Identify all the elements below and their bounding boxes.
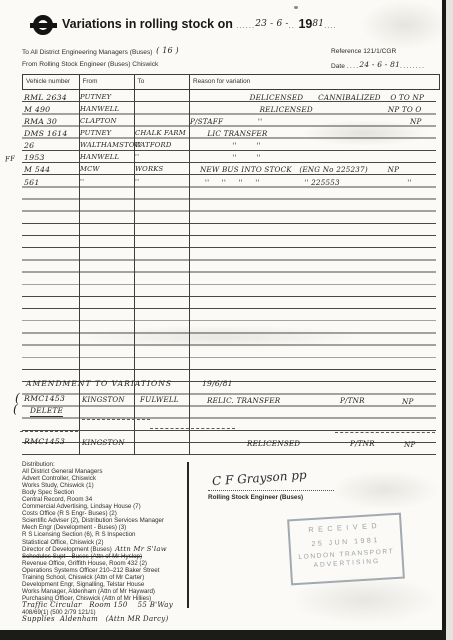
- printed-year-prefix: 19: [298, 17, 312, 31]
- from-garage: CLAPTON: [80, 116, 117, 127]
- delete-annotation: DELETE: [30, 406, 63, 417]
- distribution-line: Body Spec Section: [22, 489, 192, 496]
- distribution-line: Development Engr, Signalling, Telstar Ho…: [22, 581, 192, 588]
- dotted-rule: ........: [400, 63, 425, 70]
- amendment-date: 19/6/81: [202, 379, 233, 388]
- brace-mark: (: [13, 402, 18, 416]
- table-entries: RML 2634 PUTNEY DELICENSED CANNIBALIZED …: [22, 90, 436, 187]
- to-garage: '': [135, 177, 139, 188]
- reason-for-variation: '' '': [190, 140, 261, 151]
- scan-margin-right: [446, 0, 453, 640]
- pencil-dash: [20, 431, 78, 432]
- distribution-text: Advert Controller, Chiswick: [22, 475, 96, 482]
- vertical-divider: [187, 462, 189, 608]
- vehicle-number: M 544: [24, 164, 50, 175]
- margin-note: FF: [5, 155, 16, 164]
- dotted-rule: ..: [289, 23, 295, 30]
- signature-dotted-line: [208, 490, 334, 491]
- handwritten-annotation: Attn Mr S'law: [115, 545, 167, 553]
- dotted-rule: ....: [347, 63, 360, 70]
- london-transport-roundel-icon: [30, 15, 57, 35]
- table-row: RMA 30 CLAPTON P/STAFF '' NP: [22, 114, 436, 126]
- from-garage: WALTHAMSTOW: [80, 140, 142, 151]
- distribution-text: Scientific Adviser (2), Distribution Ser…: [22, 517, 164, 524]
- distribution-line: Mech Engr (Development - Buses) (3): [22, 524, 192, 531]
- vehicle-number: RMC1453: [24, 437, 65, 446]
- amendment-heading: AMENDMENT TO VARIATIONS: [26, 379, 172, 388]
- column-header-vehicle-number: Vehicle number: [23, 75, 80, 89]
- to-garage: WORKS: [135, 164, 163, 175]
- reason-for-variation: NEW BUS INTO STOCK (ENG No 225237): [190, 164, 368, 175]
- handwritten-date: 24 - 6 - 81: [359, 60, 400, 69]
- distribution-text: Distribution:: [22, 461, 55, 468]
- distribution-text: Schedules Supt—Buses (Attn of Mr Hyslop): [22, 553, 142, 560]
- vehicle-number: 561: [24, 177, 39, 188]
- stamp-received-text: RECEIVED: [290, 520, 400, 536]
- date-label: Date: [331, 63, 345, 70]
- to-line: To All District Engineering Managers (Bu…: [22, 47, 179, 56]
- distribution-line: Central Record, Room 34: [22, 496, 192, 503]
- distribution-line: R S Licensing Section (6), R S Inspectio…: [22, 531, 192, 538]
- vehicle-number: 1953: [24, 152, 45, 163]
- table-row: DMS 1614 PUTNEY CHALK FARM LIC TRANSFER: [22, 126, 436, 138]
- pencil-dash: [82, 419, 150, 420]
- handwritten-year: 81: [312, 19, 324, 29]
- licence-code: NP: [402, 397, 414, 406]
- from-garage: MCW: [80, 164, 100, 175]
- pencil-dash: [150, 428, 235, 429]
- distribution-line: Traffic Circular Room 150 55 B'Way: [22, 602, 192, 609]
- reason-for-variation: LIC TRANSFER: [190, 128, 267, 139]
- distribution-line: Advert Controller, Chiswick: [22, 475, 192, 482]
- to-garage: CHALK FARM: [135, 128, 186, 139]
- distribution-text: All District General Managers: [22, 468, 102, 475]
- table-row: M 544 MCW WORKS NEW BUS INTO STOCK (ENG …: [22, 163, 436, 175]
- licence-code: '': [407, 177, 424, 188]
- column-header-from: From: [80, 75, 135, 89]
- distribution-line: Training School, Chiswick (Attn of Mr Ca…: [22, 574, 192, 581]
- form-title: Variations in rolling stock on ......23 …: [62, 17, 337, 31]
- distribution-line: Distribution:: [22, 461, 192, 468]
- scan-edge-bottom: [0, 630, 446, 640]
- licence-code: O TO NP: [390, 92, 424, 103]
- licence-code: NP TO O: [388, 104, 424, 115]
- table-row: RML 2634 PUTNEY DELICENSED CANNIBALIZED …: [22, 90, 436, 102]
- reason-for-variation: P/STAFF '': [190, 116, 262, 127]
- from-garage: '': [80, 177, 84, 188]
- distribution-text: Statistical Office, Chiswick (2): [22, 539, 103, 546]
- vehicle-number: 26: [24, 140, 34, 151]
- table-row: 561 '' '' '' '' '' '' '' 225553 '': [22, 175, 436, 187]
- distribution-line: Director of Development (Buses) Attn Mr …: [22, 546, 192, 553]
- distribution-list: Distribution: All District General Manag…: [22, 461, 192, 624]
- reason-for-variation: '' '': [190, 152, 261, 163]
- distribution-text: Body Spec Section: [22, 489, 74, 496]
- to-label: To All District Engineering Managers (Bu…: [22, 49, 152, 56]
- distribution-line: Scientific Adviser (2), Distribution Ser…: [22, 517, 192, 524]
- distribution-line: Revenue Office, Griffith House, Room 432…: [22, 560, 192, 567]
- distribution-text: Commercial Advertising, Lindsay House (7…: [22, 503, 141, 510]
- dotted-rule: ....: [324, 23, 337, 30]
- distribution-line: Costs Office (R S Engr- Buses) (2): [22, 510, 192, 517]
- distribution-text: Supplies Aldenham (Attn MR Darcy): [22, 615, 169, 623]
- reason-for-variation: RELICENSED: [190, 104, 313, 115]
- to-garage: CATFORD: [135, 140, 172, 151]
- distribution-text: Central Record, Room 34: [22, 496, 92, 503]
- distribution-text: Works Manager, Aldenham (Attn of Mr Hayw…: [22, 588, 155, 595]
- vehicle-number: M 490: [24, 104, 50, 115]
- pencil-dash: [335, 432, 435, 433]
- distribution-line: Supplies Aldenham (Attn MR Darcy): [22, 616, 192, 623]
- to-garage: FULWELL: [140, 395, 179, 404]
- distribution-text: Operations Systems Officer 210–212 Baker…: [22, 567, 159, 574]
- vehicle-number: DMS 1614: [24, 128, 68, 139]
- licence-code: NP: [388, 164, 424, 175]
- handwritten-signature: C F Grayson pp: [212, 468, 307, 489]
- column-header-reason: Reason for variation: [190, 75, 439, 89]
- from-garage: PUTNEY: [80, 128, 111, 139]
- from-garage: HANWELL: [80, 104, 119, 115]
- distribution-text: Costs Office (R S Engr- Buses) (2): [22, 510, 117, 517]
- signatory-role: Rolling Stock Engineer (Buses): [208, 494, 303, 501]
- distribution-text: Mech Engr (Development - Buses) (3): [22, 524, 126, 531]
- vehicle-number: RMA 30: [24, 116, 57, 127]
- to-garage: '': [135, 152, 139, 163]
- distribution-line: Commercial Advertising, Lindsay House (7…: [22, 503, 192, 510]
- vehicle-number: RML 2634: [24, 92, 67, 103]
- reason-for-variation: '' '' '' '' '' 225553: [190, 177, 340, 188]
- licence-code: NP: [410, 116, 424, 127]
- distribution-text: Revenue Office, Griffith House, Room 432…: [22, 560, 147, 567]
- licence-code: NP: [404, 440, 416, 449]
- distribution-text: R S Licensing Section (6), R S Inspectio…: [22, 531, 136, 538]
- reference-number: Reference 121/1/CGR: [331, 48, 396, 55]
- table-header-row: Vehicle number From To Reason for variat…: [22, 74, 440, 90]
- received-stamp: RECEIVED 25 JUN 1981 LONDON TRANSPORT AD…: [287, 513, 405, 586]
- scan-smudge: [360, 0, 450, 50]
- table-row: 1953 HANWELL '' '' '': [22, 151, 436, 163]
- distribution-text: Development Engr, Signalling, Telstar Ho…: [22, 581, 144, 588]
- date-line: Date ....24 - 6 - 81........: [331, 61, 425, 70]
- from-label: From Rolling Stock Engineer (Buses) Chis…: [22, 61, 158, 68]
- licence-note: P/TNR: [350, 439, 375, 448]
- title-text: Variations in rolling stock on: [62, 17, 233, 31]
- scanned-form-page: Variations in rolling stock on ......23 …: [0, 0, 453, 640]
- scan-smudge: [330, 470, 440, 510]
- distribution-line: Works Manager, Aldenham (Attn of Mr Hayw…: [22, 588, 192, 595]
- vehicle-number: RMC1453: [24, 394, 65, 403]
- distribution-text: Director of Development (Buses): [22, 546, 115, 553]
- distribution-line: Schedules Supt—Buses (Attn of Mr Hyslop): [22, 553, 192, 560]
- dotted-rule: ......: [236, 23, 255, 30]
- column-header-to: To: [135, 75, 191, 89]
- reason-for-variation: RELIC. TRANSFER: [207, 396, 280, 405]
- table-row: M 490 HANWELL RELICENSED NP TO O: [22, 102, 436, 114]
- licence-note: P/TNR: [340, 396, 365, 405]
- from-line: From Rolling Stock Engineer (Buses) Chis…: [22, 61, 158, 68]
- stamp-date: 25 JUN 1981: [290, 536, 400, 550]
- distribution-line: Operations Systems Officer 210–212 Baker…: [22, 567, 192, 574]
- distribution-line: All District General Managers: [22, 468, 192, 475]
- from-garage: KINGSTON: [82, 396, 125, 404]
- reason-for-variation: RELICENSED: [247, 439, 300, 448]
- handwritten-day-month: 23 - 6 -: [255, 19, 288, 29]
- from-garage: PUTNEY: [80, 92, 111, 103]
- from-garage: KINGSTON: [82, 439, 125, 447]
- reason-for-variation: DELICENSED CANNIBALIZED: [190, 92, 381, 103]
- from-garage: HANWELL: [80, 152, 119, 163]
- scan-speck: [294, 6, 298, 9]
- distribution-line: Works Study, Chiswick (1): [22, 482, 192, 489]
- distribution-text: Works Study, Chiswick (1): [22, 482, 94, 489]
- handwritten-count: ( 16 ): [156, 46, 179, 55]
- table-row: 26 WALTHAMSTOW CATFORD '' '': [22, 139, 436, 151]
- distribution-text: Training School, Chiswick (Attn of Mr Ca…: [22, 574, 144, 581]
- distribution-text: Traffic Circular Room 150 55 B'Way: [22, 601, 173, 609]
